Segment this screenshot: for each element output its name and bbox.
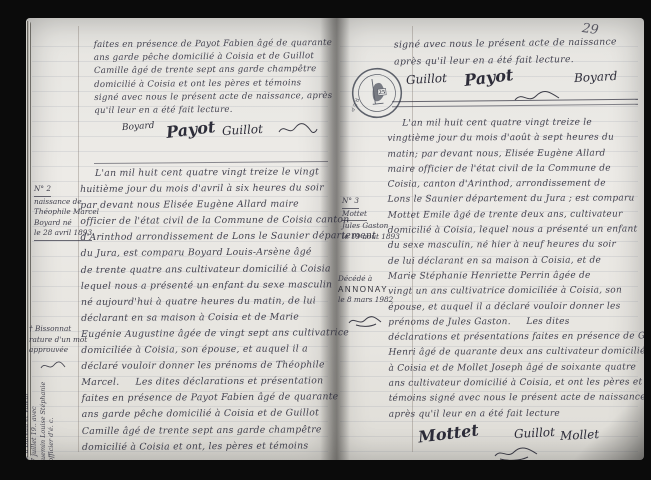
text-line: de lui déclarant en sa maison à Coisia, … — [388, 253, 644, 270]
text-line: Lons le Saunier département du Jura ; es… — [388, 192, 644, 209]
text-line: Jacquemin Louise Stéphanie — [39, 342, 47, 460]
act3-text: L'an mil huit cent quatre vingt treize l… — [387, 115, 644, 422]
text-line: domicilié à Coisia, lequel nous a présen… — [388, 222, 644, 239]
text-line: Eugénie Augustine âgée de vingt sept ans… — [81, 325, 377, 343]
text-line: Mottet Emile âgé de trente deux ans, cul… — [388, 207, 644, 224]
act1-closing-text: faites en présence de Payot Fabien âgé d… — [94, 37, 333, 118]
paraph-icon — [494, 446, 538, 460]
paraph-icon — [348, 314, 382, 328]
text-line: faites en présence de Payot Fabien âgé d… — [82, 389, 378, 407]
act2-text: L'an mil huit cent quatre vingt treize l… — [80, 164, 378, 456]
text-line: le 17 juillet 19.. avec — [30, 342, 38, 460]
signature-mollet: Mollet — [560, 427, 600, 443]
marriage-mention-vertical: marié à Bureau et Valeurle 17 juillet 19… — [26, 342, 56, 460]
text-line: Marie Stéphanie Henriette Perrin âgée de — [388, 268, 644, 285]
text-line: qu'il leur en a été fait lecture. — [94, 103, 332, 118]
text-line: — l'officier d'é. c. — [47, 342, 55, 460]
paraph-icon — [278, 122, 318, 138]
republique-francaise-stamp-icon: RÉPUBLIQUE ✦ FRANÇAISE 25 — [347, 63, 406, 122]
text-line: du sexe masculin, né hier à neuf heures … — [388, 238, 644, 255]
text-line: épouse, et auquel il a déclaré vouloir d… — [388, 299, 644, 316]
text-line: lequel nous a présenté un enfant du sexe… — [81, 277, 377, 295]
signature-guillot: Guillot — [222, 122, 264, 138]
text-line: d'Arinthod arrondissement de Lons le Sau… — [80, 228, 376, 246]
text-line: domicilié à Coisia et ont, les pères et … — [82, 438, 378, 456]
signature-guillot: Guillot — [406, 71, 448, 87]
text-line: prénoms de Jules Gaston. Les dites — [388, 314, 644, 331]
text-line: ans cultivateur domicilié à Coisia, et o… — [389, 375, 644, 392]
text-line: témoins signé avec nous le présent acte … — [389, 391, 644, 408]
act-number: N° 3 — [342, 196, 359, 209]
stamp-value: 25 — [378, 90, 386, 97]
text-line: signé avec nous le présent acte de naiss… — [394, 33, 617, 53]
text-line: Coisia, canton d'Arinthod, arrondissemen… — [388, 176, 644, 193]
text-line: maire officier de l'état civil de la Com… — [387, 161, 644, 178]
text-line: Henri âgé de quarante deux ans cultivate… — [388, 345, 644, 362]
text-line: L'an mil huit cent quatre vingt treize l… — [387, 115, 644, 132]
margin-note-name: Mottet — [342, 209, 367, 222]
text-line: après qu'il leur en a été fait lecture — [389, 406, 644, 423]
text-line: vingtième jour du mois d'août à sept heu… — [387, 131, 644, 148]
signature-boyard: Boyard — [574, 69, 618, 85]
signature-guillot: Guillot — [514, 425, 556, 441]
act-number: N° 2 — [34, 184, 51, 197]
text-line: déclarations et présentations faites en … — [388, 329, 644, 346]
text-line: signé avec nous le présent acte de naiss… — [94, 90, 332, 105]
register-scan: 29 RÉPUBLIQUE ✦ FRANÇAISE 25 faites en p… — [26, 18, 644, 460]
text-line: à Coisia et de Mollet Joseph âgé de soix… — [388, 360, 644, 377]
text-line: matin; par devant nous, Elisée Eugène Al… — [387, 146, 644, 163]
text-line: vingt un ans cultivatrice domiciliée à C… — [388, 284, 644, 301]
